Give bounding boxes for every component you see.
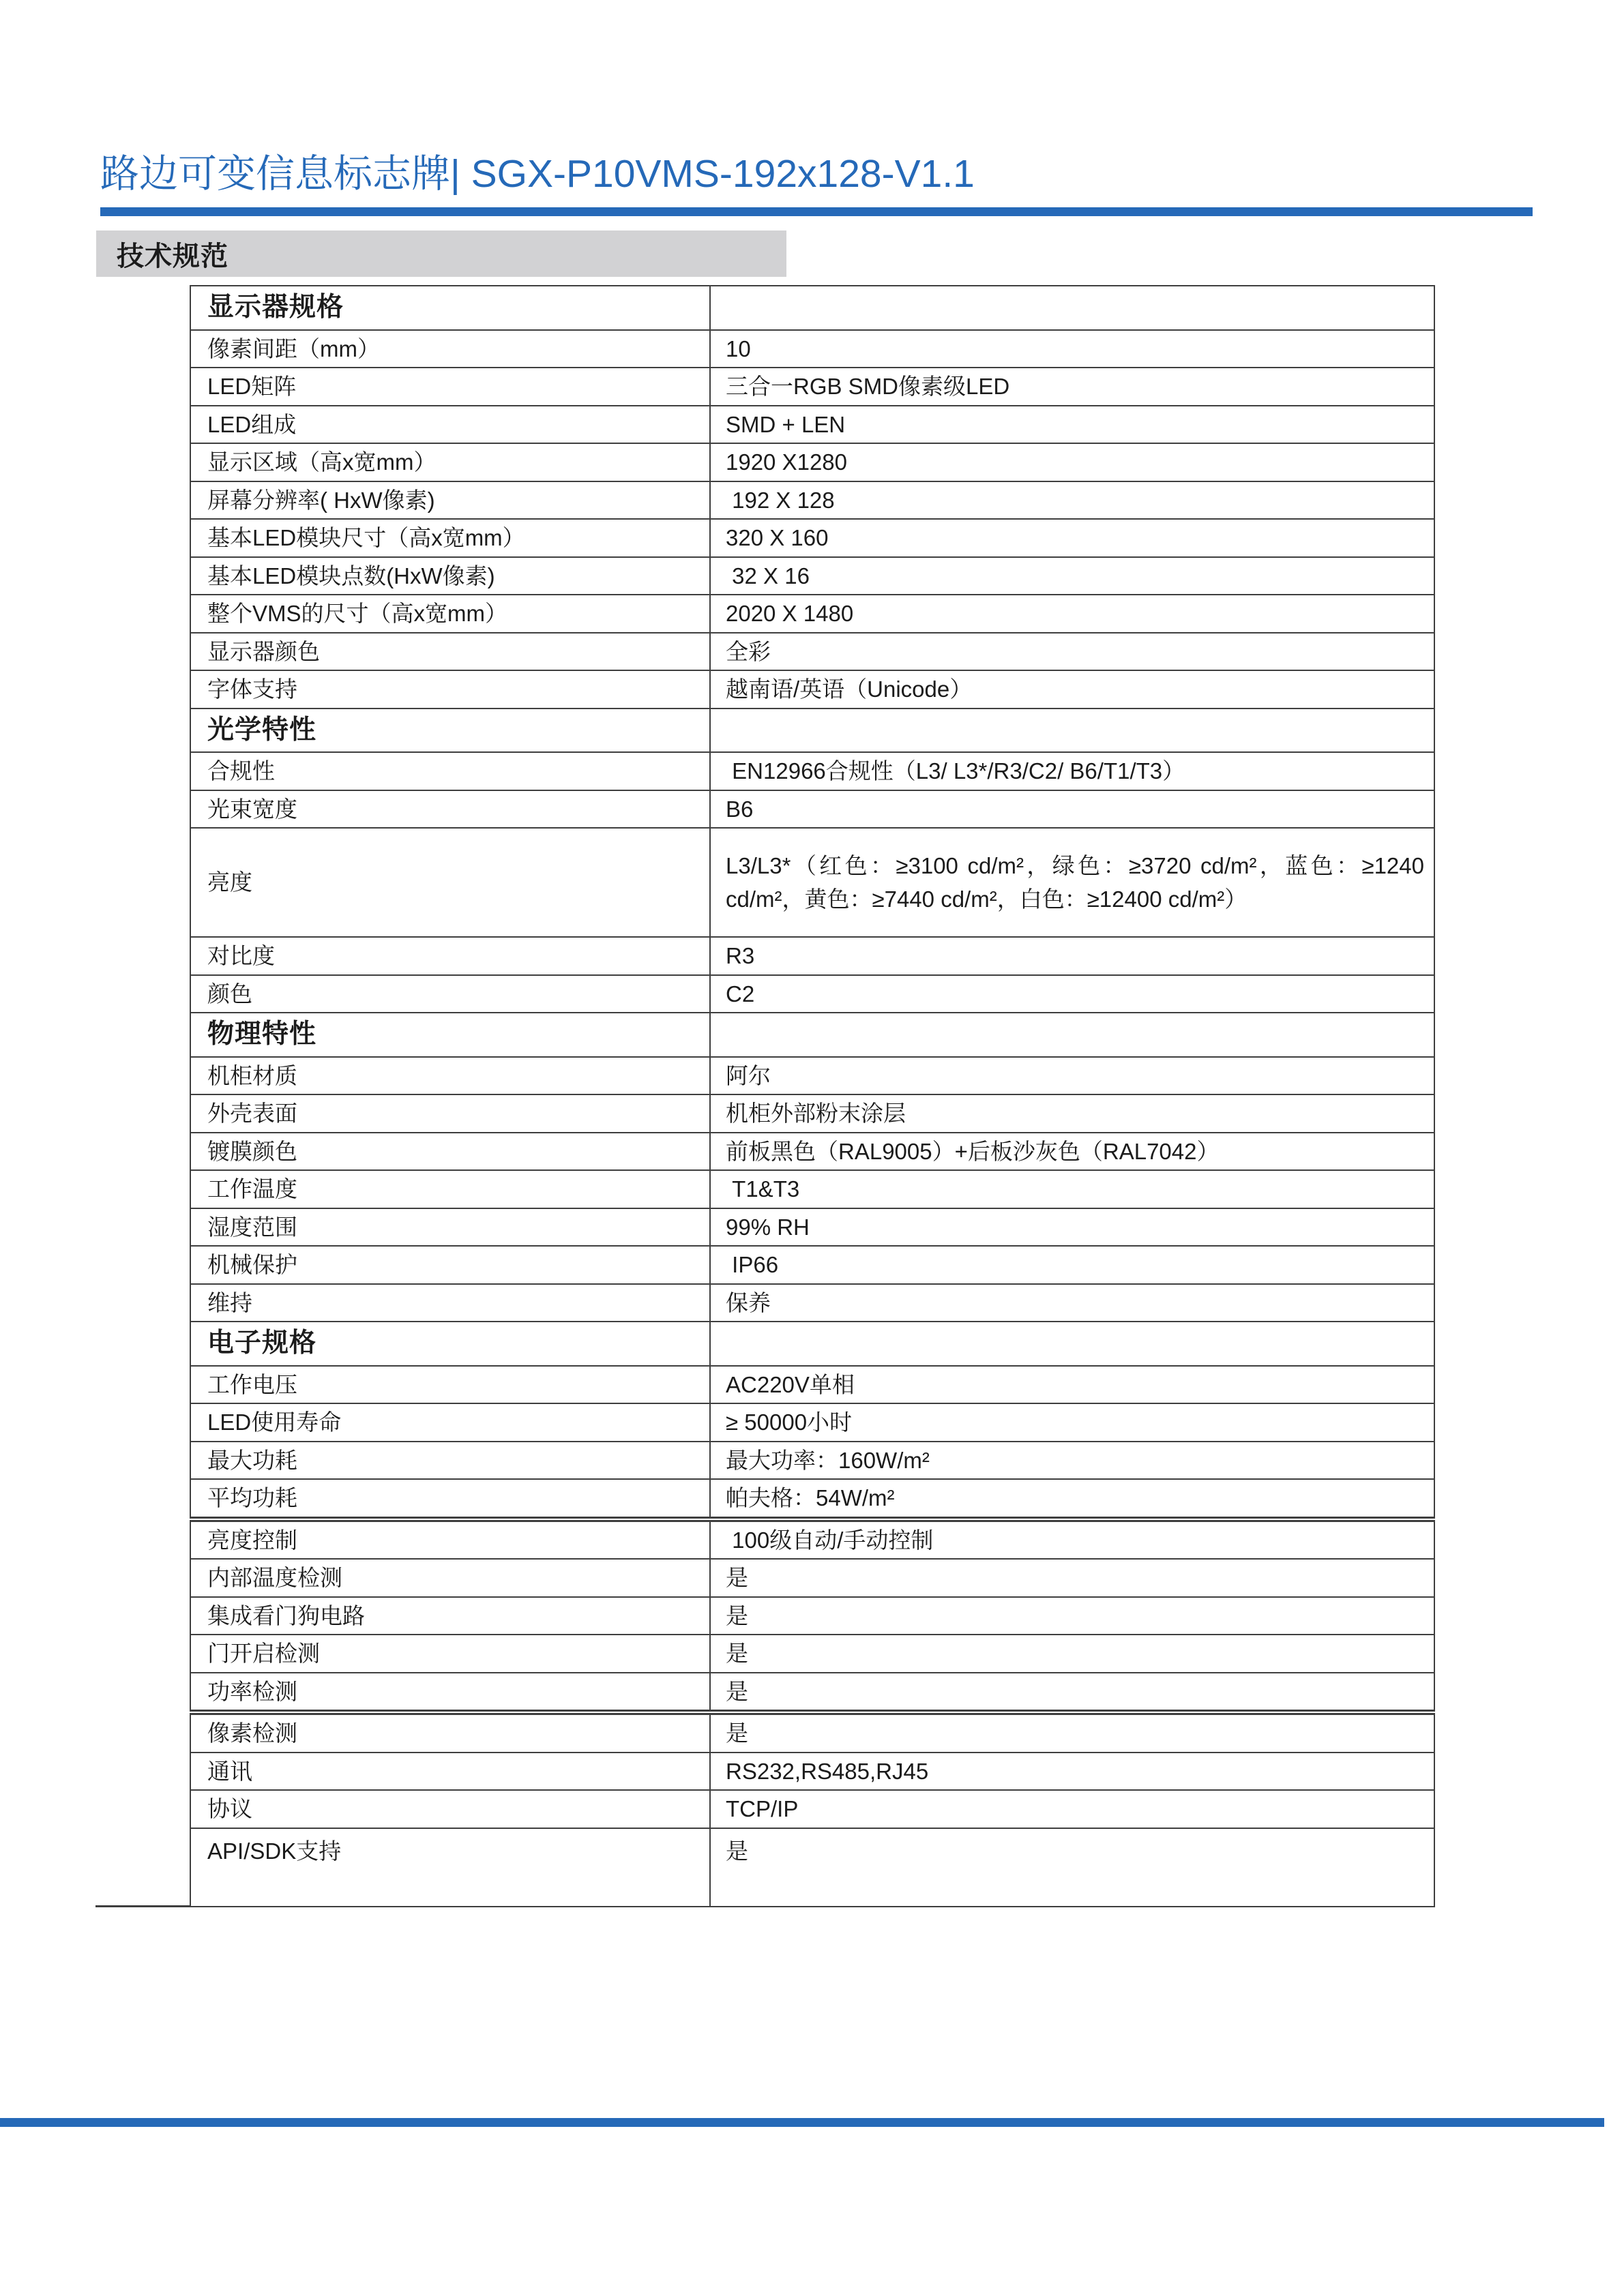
spec-label-cell: 光束宽度 — [190, 790, 710, 829]
section-row: 电子规格 — [190, 1322, 1434, 1366]
spec-table-body: 显示器规格像素间距（mm）10LED矩阵三合一RGB SMD像素级LEDLED组… — [190, 286, 1434, 1907]
spec-label-cell: 整个VMS的尺寸（高x宽mm） — [190, 595, 710, 633]
page-title: 路边可变信息标志牌| SGX-P10VMS-192x128-V1.1 — [100, 153, 975, 196]
spec-value-cell: 是 — [710, 1673, 1434, 1713]
spec-label-cell: 电子规格 — [190, 1322, 710, 1366]
spec-value-cell: IP66 — [710, 1246, 1434, 1284]
spec-value-cell: 越南语/英语（Unicode） — [710, 670, 1434, 709]
spec-value-cell: AC220V单相 — [710, 1366, 1434, 1404]
spec-label-cell: 通讯 — [190, 1753, 710, 1791]
table-row: 集成看门狗电路是 — [190, 1597, 1434, 1635]
table-row: 亮度控制 100级自动/手动控制 — [190, 1519, 1434, 1560]
spec-label-cell: 湿度范围 — [190, 1208, 710, 1247]
spec-value-cell: T1&T3 — [710, 1170, 1434, 1208]
spec-label-cell: 字体支持 — [190, 670, 710, 709]
table-row: LED矩阵三合一RGB SMD像素级LED — [190, 368, 1434, 406]
spec-value-cell: 32 X 16 — [710, 557, 1434, 595]
spec-value-cell — [710, 1322, 1434, 1366]
spec-label-cell: API/SDK支持 — [190, 1828, 710, 1907]
spec-label-cell: 最大功耗 — [190, 1442, 710, 1480]
spec-value-cell: 三合一RGB SMD像素级LED — [710, 368, 1434, 406]
spec-label-cell: 内部温度检测 — [190, 1559, 710, 1597]
table-row: 显示区域（高x宽mm）1920 X1280 — [190, 443, 1434, 481]
table-row: 平均功耗帕夫格：54W/m² — [190, 1479, 1434, 1519]
spec-value-cell: 99% RH — [710, 1208, 1434, 1247]
spec-value-cell: 是 — [710, 1635, 1434, 1673]
table-row: 亮度L3/L3*（红色：≥3100 cd/m²，绿色：≥3720 cd/m²，蓝… — [190, 828, 1434, 937]
spec-label-cell: 物理特性 — [190, 1013, 710, 1057]
table-row: 通讯RS232,RS485,RJ45 — [190, 1753, 1434, 1791]
spec-value-cell: 帕夫格：54W/m² — [710, 1479, 1434, 1519]
table-row: 协议TCP/IP — [190, 1790, 1434, 1828]
table-row: 机械保护 IP66 — [190, 1246, 1434, 1284]
spec-label-cell: 门开启检测 — [190, 1635, 710, 1673]
spec-label-cell: 显示区域（高x宽mm） — [190, 443, 710, 481]
spec-value-cell: 是 — [710, 1712, 1434, 1753]
table-row: 湿度范围99% RH — [190, 1208, 1434, 1247]
spec-value-cell: 100级自动/手动控制 — [710, 1519, 1434, 1560]
spec-value-cell: C2 — [710, 975, 1434, 1013]
spec-label-cell: 协议 — [190, 1790, 710, 1828]
table-row: 颜色C2 — [190, 975, 1434, 1013]
spec-label-cell: 像素检测 — [190, 1712, 710, 1753]
table-row: LED组成SMD + LEN — [190, 406, 1434, 444]
spec-label-cell: 像素间距（mm） — [190, 330, 710, 368]
spec-value-cell: 192 X 128 — [710, 481, 1434, 520]
spec-value-cell: 最大功率：160W/m² — [710, 1442, 1434, 1480]
spec-label-cell: 颜色 — [190, 975, 710, 1013]
spec-value-cell: TCP/IP — [710, 1790, 1434, 1828]
spec-value-cell: B6 — [710, 790, 1434, 829]
spec-value-cell: 1920 X1280 — [710, 443, 1434, 481]
table-row: 外壳表面机柜外部粉末涂层 — [190, 1094, 1434, 1133]
spec-value-cell — [710, 709, 1434, 753]
spec-value-cell: 是 — [710, 1828, 1434, 1907]
spec-value-cell: L3/L3*（红色：≥3100 cd/m²，绿色：≥3720 cd/m²，蓝色：… — [710, 828, 1434, 937]
spec-value-cell — [710, 286, 1434, 330]
spec-label-cell: 工作电压 — [190, 1366, 710, 1404]
spec-label-cell: 镀膜颜色 — [190, 1133, 710, 1171]
table-bottom-tick — [95, 1905, 190, 1907]
spec-value-cell: 10 — [710, 330, 1434, 368]
table-row: 内部温度检测是 — [190, 1559, 1434, 1597]
table-row: 门开启检测是 — [190, 1635, 1434, 1673]
spec-value-cell: 阿尔 — [710, 1057, 1434, 1095]
table-row: API/SDK支持是 — [190, 1828, 1434, 1907]
spec-value-cell — [710, 1013, 1434, 1057]
table-row: 像素检测是 — [190, 1712, 1434, 1753]
table-row: 维持保养 — [190, 1284, 1434, 1322]
spec-value-cell: RS232,RS485,RJ45 — [710, 1753, 1434, 1791]
table-row: 字体支持越南语/英语（Unicode） — [190, 670, 1434, 709]
section-header-bar: 技术规范 — [96, 230, 786, 277]
spec-label-cell: 平均功耗 — [190, 1479, 710, 1519]
spec-label-cell: 显示器规格 — [190, 286, 710, 330]
table-row: LED使用寿命≥ 50000小时 — [190, 1403, 1434, 1442]
table-row: 基本LED模块点数(HxW像素) 32 X 16 — [190, 557, 1434, 595]
spec-label-cell: 屏幕分辨率( HxW像素) — [190, 481, 710, 520]
table-row: 显示器颜色全彩 — [190, 633, 1434, 671]
spec-value-cell: R3 — [710, 937, 1434, 975]
spec-value-cell: SMD + LEN — [710, 406, 1434, 444]
table-row: 镀膜颜色前板黑色（RAL9005）+后板沙灰色（RAL7042） — [190, 1133, 1434, 1171]
spec-value-cell: 2020 X 1480 — [710, 595, 1434, 633]
section-row: 物理特性 — [190, 1013, 1434, 1057]
table-row: 工作温度 T1&T3 — [190, 1170, 1434, 1208]
table-row: 屏幕分辨率( HxW像素) 192 X 128 — [190, 481, 1434, 520]
spec-label-cell: 工作温度 — [190, 1170, 710, 1208]
spec-value-cell: 机柜外部粉末涂层 — [710, 1094, 1434, 1133]
spec-value-cell: 前板黑色（RAL9005）+后板沙灰色（RAL7042） — [710, 1133, 1434, 1171]
spec-label-cell: 基本LED模块尺寸（高x宽mm） — [190, 519, 710, 557]
spec-label-cell: 合规性 — [190, 752, 710, 790]
spec-label-cell: 维持 — [190, 1284, 710, 1322]
spec-table-wrap: 显示器规格像素间距（mm）10LED矩阵三合一RGB SMD像素级LEDLED组… — [190, 285, 1435, 1907]
table-row: 基本LED模块尺寸（高x宽mm）320 X 160 — [190, 519, 1434, 557]
spec-value-cell: 是 — [710, 1559, 1434, 1597]
table-row: 合规性 EN12966合规性（L3/ L3*/R3/C2/ B6/T1/T3） — [190, 752, 1434, 790]
table-row: 最大功耗最大功率：160W/m² — [190, 1442, 1434, 1480]
spec-label-cell: 亮度控制 — [190, 1519, 710, 1560]
title-rule — [100, 207, 1533, 216]
section-row: 光学特性 — [190, 709, 1434, 753]
spec-table: 显示器规格像素间距（mm）10LED矩阵三合一RGB SMD像素级LEDLED组… — [190, 285, 1435, 1907]
table-row: 功率检测是 — [190, 1673, 1434, 1713]
table-row: 工作电压AC220V单相 — [190, 1366, 1434, 1404]
table-row: 整个VMS的尺寸（高x宽mm）2020 X 1480 — [190, 595, 1434, 633]
section-heading: 技术规范 — [96, 235, 228, 273]
spec-label-cell: 机械保护 — [190, 1246, 710, 1284]
spec-label-cell: 集成看门狗电路 — [190, 1597, 710, 1635]
spec-label-cell: 基本LED模块点数(HxW像素) — [190, 557, 710, 595]
spec-label-cell: 显示器颜色 — [190, 633, 710, 671]
spec-label-cell: 亮度 — [190, 828, 710, 937]
footer-rule — [0, 2118, 1604, 2127]
table-row: 像素间距（mm）10 — [190, 330, 1434, 368]
spec-label-cell: 外壳表面 — [190, 1094, 710, 1133]
spec-value-cell: 320 X 160 — [710, 519, 1434, 557]
table-row: 机柜材质阿尔 — [190, 1057, 1434, 1095]
document-page: 路边可变信息标志牌| SGX-P10VMS-192x128-V1.1 技术规范 … — [0, 0, 1624, 2296]
spec-label-cell: 功率检测 — [190, 1673, 710, 1713]
section-row: 显示器规格 — [190, 286, 1434, 330]
spec-value-cell: ≥ 50000小时 — [710, 1403, 1434, 1442]
spec-value-cell: 全彩 — [710, 633, 1434, 671]
spec-label-cell: 对比度 — [190, 937, 710, 975]
table-row: 对比度R3 — [190, 937, 1434, 975]
table-row: 光束宽度B6 — [190, 790, 1434, 829]
spec-label-cell: LED使用寿命 — [190, 1403, 710, 1442]
spec-value-cell: EN12966合规性（L3/ L3*/R3/C2/ B6/T1/T3） — [710, 752, 1434, 790]
spec-label-cell: 机柜材质 — [190, 1057, 710, 1095]
spec-value-cell: 是 — [710, 1597, 1434, 1635]
spec-label-cell: LED组成 — [190, 406, 710, 444]
spec-value-cell: 保养 — [710, 1284, 1434, 1322]
spec-label-cell: 光学特性 — [190, 709, 710, 753]
spec-label-cell: LED矩阵 — [190, 368, 710, 406]
